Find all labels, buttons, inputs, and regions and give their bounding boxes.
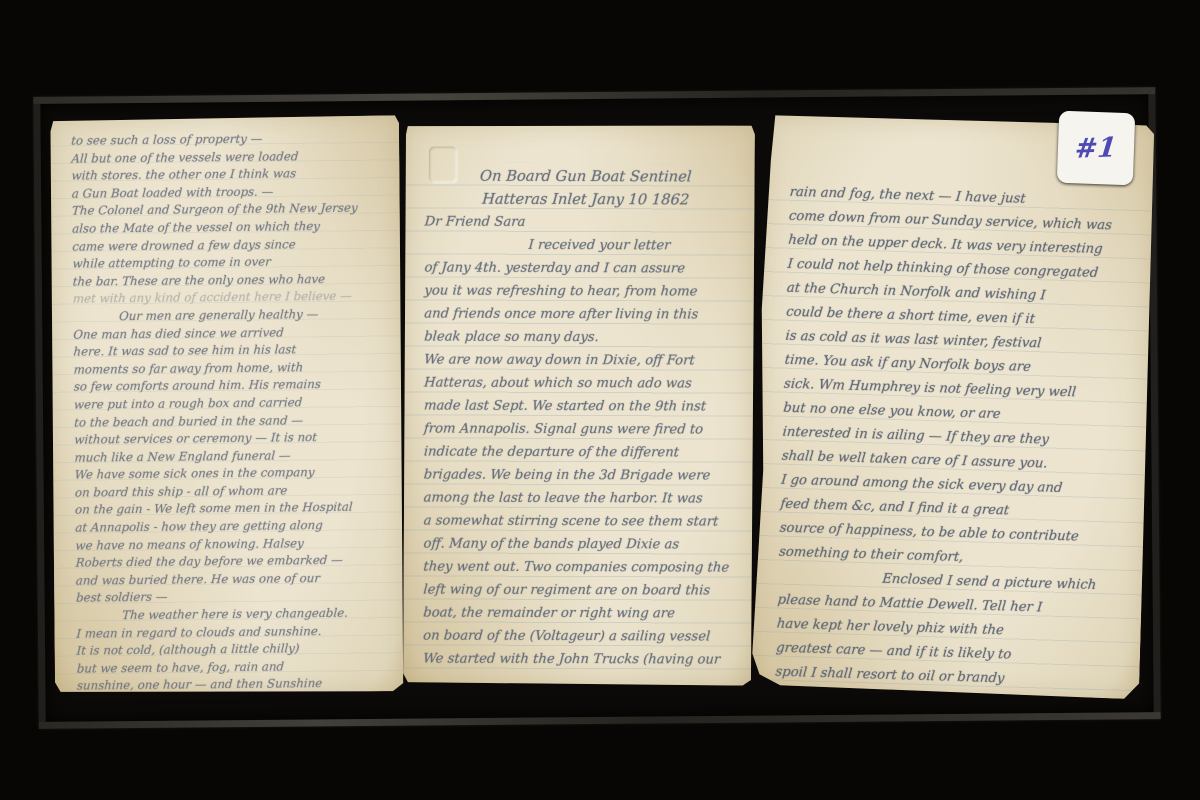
handwriting-line: Dr Friend Sara <box>424 210 748 234</box>
handwriting-line: of Jany 4th. yesterday and I can assure <box>424 256 748 280</box>
handwriting-line: Hatteras, about which so much ado was <box>423 371 747 395</box>
handwriting-line: left wing of our regiment are on board t… <box>423 578 747 602</box>
letter-page-center: On Board Gun Boat SentinelHatteras Inlet… <box>403 124 755 685</box>
handwriting-line: you it was refreshing to hear, from home <box>424 279 748 303</box>
handwriting-line: bleak place so many days. <box>423 325 747 349</box>
handwriting-line: Hatteras Inlet Jany 10 1862 <box>424 187 748 211</box>
handwriting-line: a somewhat stirring scene to see them st… <box>423 509 747 533</box>
handwriting-line: on board of the (Voltageur) a sailing ve… <box>422 624 746 648</box>
handwriting-line: boat, the remainder or right wing are <box>422 601 746 625</box>
handwriting-line: indicate the departure of the different <box>423 440 747 464</box>
letter-page-left: to see such a loss of property —All but … <box>49 115 405 695</box>
handwriting-line: On Board Gun Boat Sentinel <box>424 164 748 188</box>
item-number-label: #1 <box>1074 132 1119 165</box>
letter-page-right: rain and fog, the next — I have justcome… <box>749 114 1156 699</box>
handwriting-line: and friends once more after living in th… <box>423 302 747 326</box>
handwriting-block-center: On Board Gun Boat SentinelHatteras Inlet… <box>403 164 755 671</box>
handwriting-line: among the last to leave the harbor. It w… <box>423 486 747 510</box>
handwriting-block-right: rain and fog, the next — I have justcome… <box>749 180 1154 695</box>
handwriting-line: made last Sept. We started on the 9th in… <box>423 394 747 418</box>
handwriting-line: I received your letter <box>424 233 748 257</box>
handwriting-line: brigades. We being in the 3d Brigade wer… <box>423 463 747 487</box>
handwriting-line: from Annapolis. Signal guns were fired t… <box>423 417 747 441</box>
photographed-letter-scene: to see such a loss of property —All but … <box>0 0 1200 800</box>
item-number-sticker: #1 <box>1057 111 1135 186</box>
handwriting-line: We are now away down in Dixie, off Fort <box>423 348 747 372</box>
handwriting-line: We started with the John Trucks (having … <box>422 647 746 671</box>
handwriting-line: they went out. Two companies composing t… <box>423 555 747 579</box>
handwriting-block-left: to see such a loss of property —All but … <box>49 129 405 696</box>
handwriting-line: off. Many of the bands played Dixie as <box>423 532 747 556</box>
